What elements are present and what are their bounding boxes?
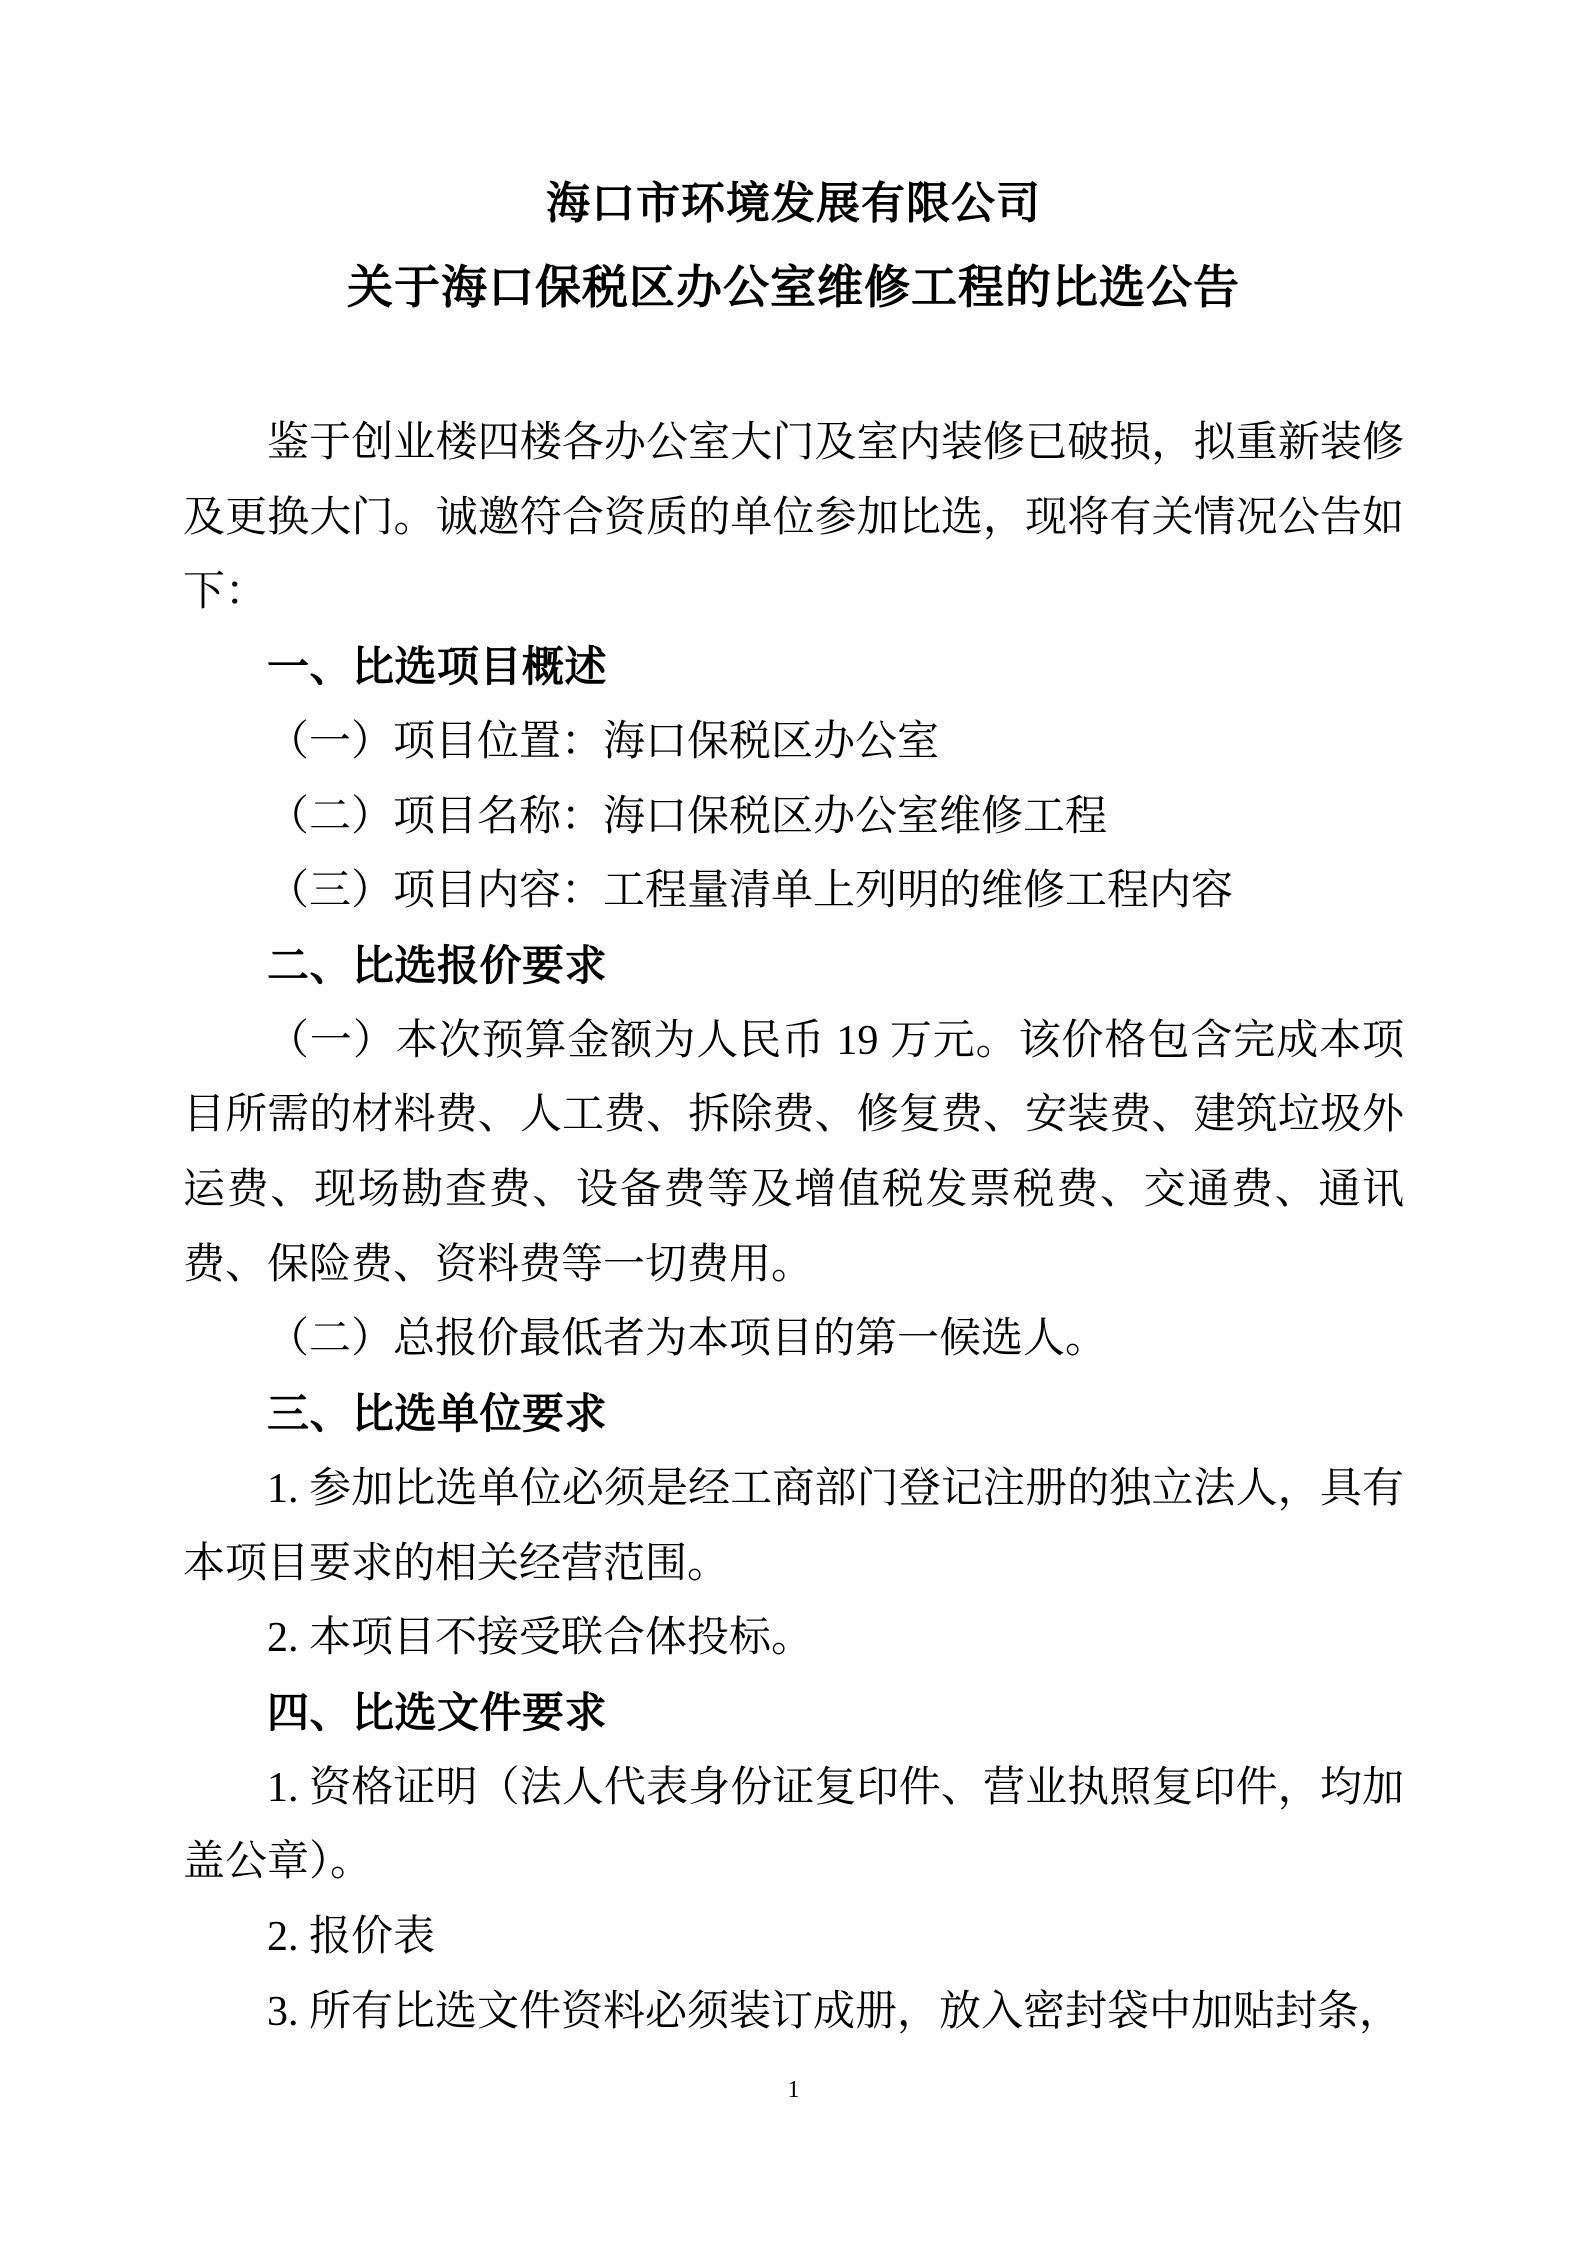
legal-entity-paragraph: 1. 参加比选单位必须是经工商部门登记注册的独立法人，具有本项目要求的相关经营范… <box>183 1452 1404 1601</box>
quotation-sheet-paragraph: 2. 报价表 <box>183 1900 1404 1975</box>
company-title: 海口市环境发展有限公司 <box>183 162 1404 246</box>
page-number: 1 <box>0 2075 1587 2105</box>
qualification-proof-paragraph: 1. 资格证明（法人代表身份证复印件、营业执照复印件，均加盖公章）。 <box>183 1751 1404 1900</box>
project-name-line: （二）项目名称：海口保税区办公室维修工程 <box>183 780 1404 855</box>
section-heading-bidder-requirements: 三、比选单位要求 <box>183 1377 1404 1452</box>
announcement-title: 关于海口保税区办公室维修工程的比选公告 <box>183 246 1404 330</box>
project-location-line: （一）项目位置：海口保税区办公室 <box>183 705 1404 780</box>
section-heading-quotation-requirements: 二、比选报价要求 <box>183 929 1404 1004</box>
project-content-line: （三）项目内容：工程量清单上列明的维修工程内容 <box>183 854 1404 929</box>
document-content: 海口市环境发展有限公司 关于海口保税区办公室维修工程的比选公告 鉴于创业楼四楼各… <box>183 0 1404 2049</box>
lowest-bid-paragraph: （二）总报价最低者为本项目的第一候选人。 <box>183 1302 1404 1377</box>
document-page: 海口市环境发展有限公司 关于海口保税区办公室维修工程的比选公告 鉴于创业楼四楼各… <box>0 0 1587 2245</box>
section-heading-project-overview: 一、比选项目概述 <box>183 630 1404 705</box>
binding-sealing-paragraph: 3. 所有比选文件资料必须装订成册，放入密封袋中加贴封条， <box>183 1975 1404 2050</box>
no-consortium-paragraph: 2. 本项目不接受联合体投标。 <box>183 1601 1404 1676</box>
section-heading-document-requirements: 四、比选文件要求 <box>183 1676 1404 1751</box>
budget-paragraph: （一）本次预算金额为人民币 19 万元。该价格包含完成本项目所需的材料费、人工费… <box>183 1004 1404 1303</box>
intro-paragraph: 鉴于创业楼四楼各办公室大门及室内装修已破损，拟重新装修及更换大门。诚邀符合资质的… <box>183 406 1404 630</box>
